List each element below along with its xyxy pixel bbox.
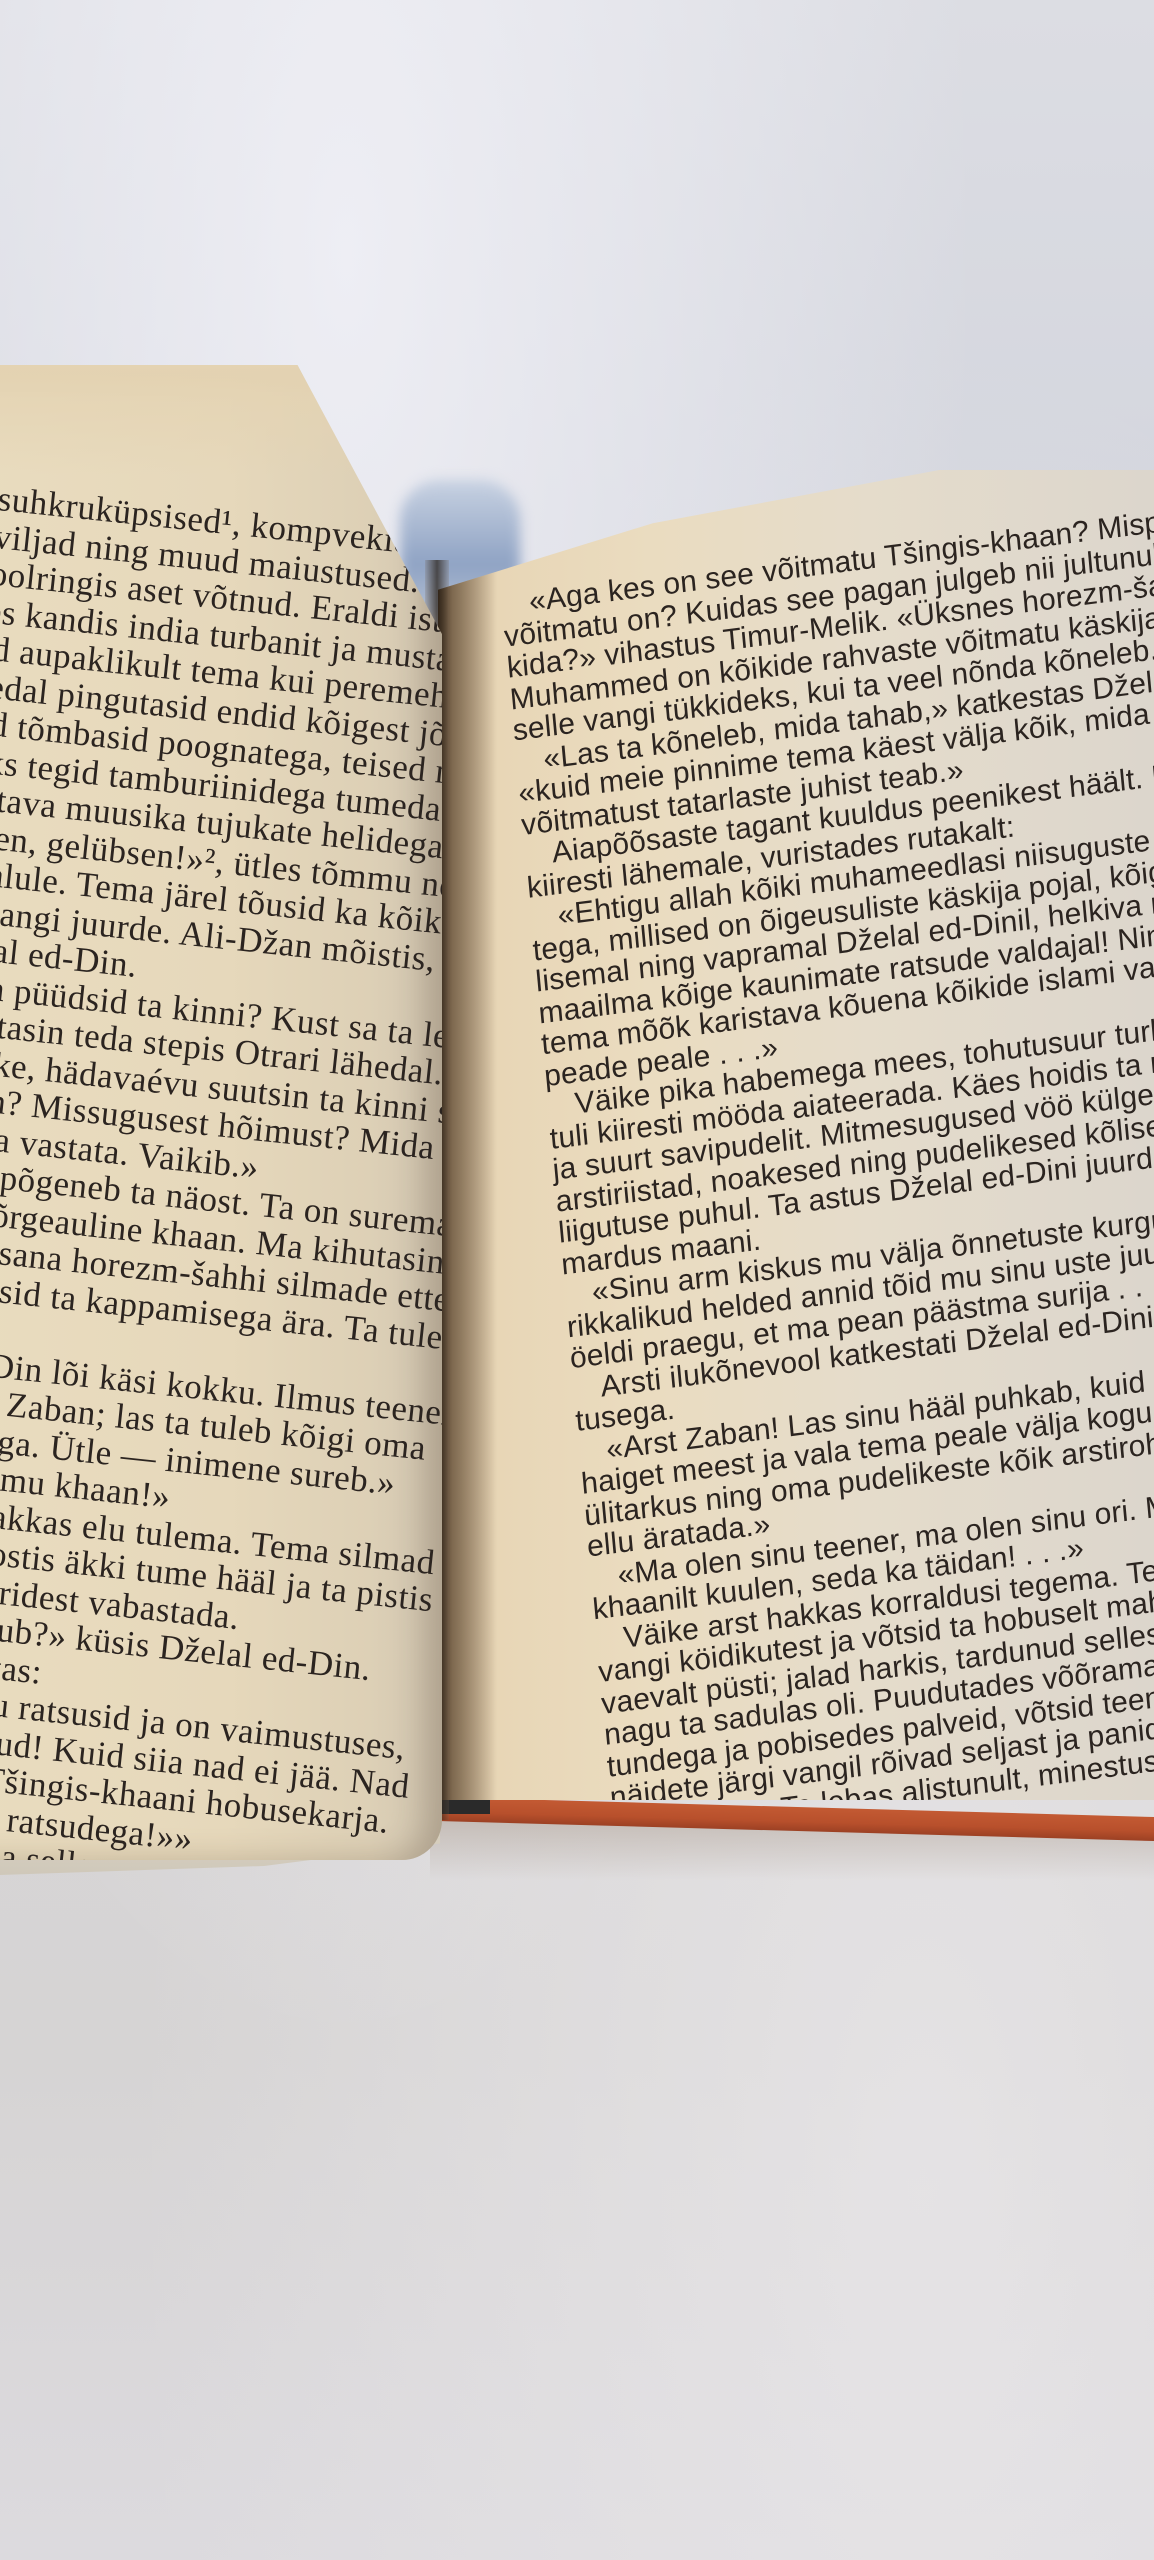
left-page-body: suhkruküpsised¹, kompvekid, värsked javi…: [0, 480, 442, 1860]
left-page-text: suhkruküpsised¹, kompvekid, värsked javi…: [0, 480, 442, 1860]
left-page: suhkruküpsised¹, kompvekid, värsked javi…: [0, 365, 442, 1860]
right-page-text: «Aga kes on see võitmatu Tšingis-khaan? …: [500, 509, 1154, 1800]
right-page: «Aga kes on see võitmatu Tšingis-khaan? …: [438, 470, 1154, 1800]
